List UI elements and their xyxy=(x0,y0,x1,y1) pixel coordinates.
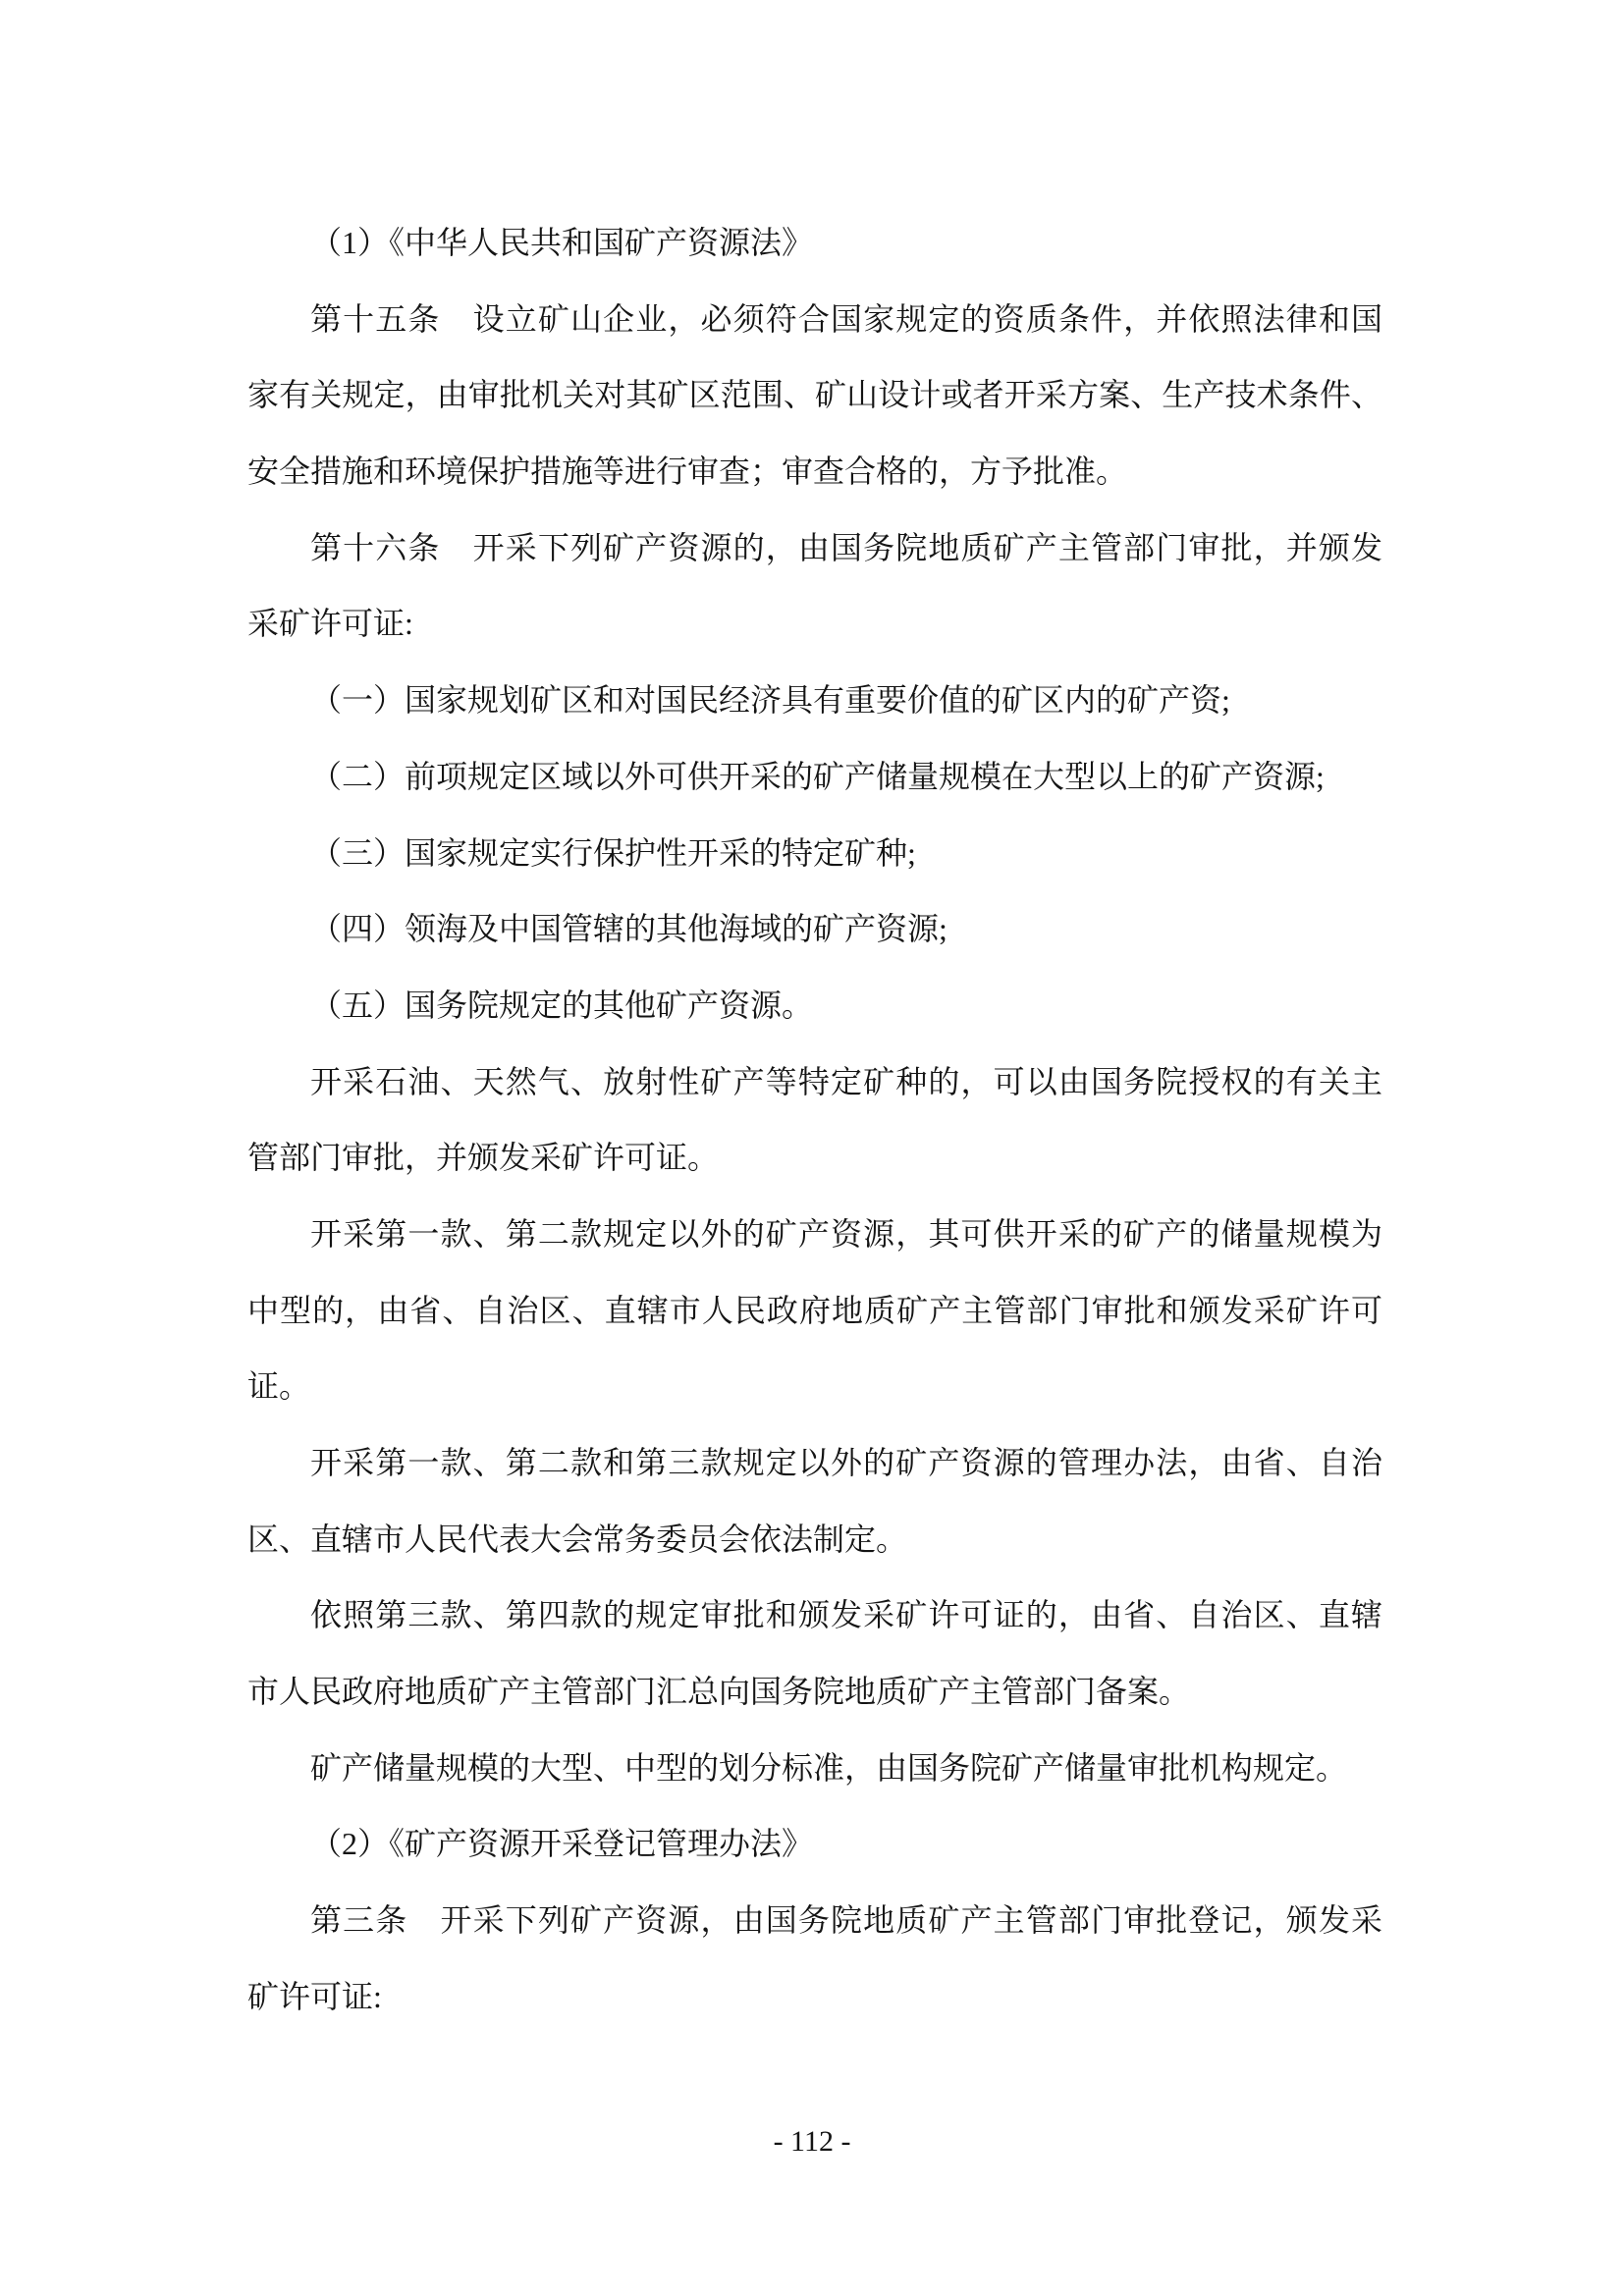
text-line: 中型的，由省、自治区、直辖市人民政府地质矿产主管部门审批和颁发采矿许可 xyxy=(247,1273,1382,1350)
text-line: 管部门审批，并颁发采矿许可证。 xyxy=(247,1120,1382,1197)
text-line: （四）领海及中国管辖的其他海域的矿产资源; xyxy=(247,891,1382,968)
text-line: 矿许可证: xyxy=(247,1959,1382,2036)
text-line: 采矿许可证: xyxy=(247,586,1382,663)
page-number: - 112 - xyxy=(0,2122,1624,2162)
text-line: 市人民政府地质矿产主管部门汇总向国务院地质矿产主管部门备案。 xyxy=(247,1654,1382,1731)
text-line: （1）《中华人民共和国矿产资源法》 xyxy=(247,205,1382,282)
text-line: 安全措施和环境保护措施等进行审查；审查合格的，方予批准。 xyxy=(247,434,1382,510)
text-line: （二）前项规定区域以外可供开采的矿产储量规模在大型以上的矿产资源; xyxy=(247,739,1382,816)
text-line: 开采石油、天然气、放射性矿产等特定矿种的，可以由国务院授权的有关主 xyxy=(247,1044,1382,1121)
text-line: 区、直辖市人民代表大会常务委员会依法制定。 xyxy=(247,1502,1382,1578)
text-line: （2）《矿产资源开采登记管理办法》 xyxy=(247,1806,1382,1883)
document-page: （1）《中华人民共和国矿产资源法》第十五条 设立矿山企业，必须符合国家规定的资质… xyxy=(0,0,1624,2296)
document-body: （1）《中华人民共和国矿产资源法》第十五条 设立矿山企业，必须符合国家规定的资质… xyxy=(247,205,1382,2036)
text-line: （三）国家规定实行保护性开采的特定矿种; xyxy=(247,816,1382,892)
text-line: 第十五条 设立矿山企业，必须符合国家规定的资质条件，并依照法律和国 xyxy=(247,282,1382,358)
text-line: 第十六条 开采下列矿产资源的，由国务院地质矿产主管部门审批，并颁发 xyxy=(247,510,1382,587)
text-line: 第三条 开采下列矿产资源，由国务院地质矿产主管部门审批登记，颁发采 xyxy=(247,1883,1382,1959)
text-line: 证。 xyxy=(247,1349,1382,1425)
text-line: 依照第三款、第四款的规定审批和颁发采矿许可证的，由省、自治区、直辖 xyxy=(247,1577,1382,1654)
text-line: 家有关规定，由审批机关对其矿区范围、矿山设计或者开采方案、生产技术条件、 xyxy=(247,357,1382,434)
text-line: 矿产储量规模的大型、中型的划分标准，由国务院矿产储量审批机构规定。 xyxy=(247,1731,1382,1807)
text-line: 开采第一款、第二款和第三款规定以外的矿产资源的管理办法，由省、自治 xyxy=(247,1425,1382,1502)
text-line: （五）国务院规定的其他矿产资源。 xyxy=(247,968,1382,1044)
text-line: 开采第一款、第二款规定以外的矿产资源，其可供开采的矿产的储量规模为 xyxy=(247,1197,1382,1273)
text-line: （一）国家规划矿区和对国民经济具有重要价值的矿区内的矿产资; xyxy=(247,663,1382,739)
